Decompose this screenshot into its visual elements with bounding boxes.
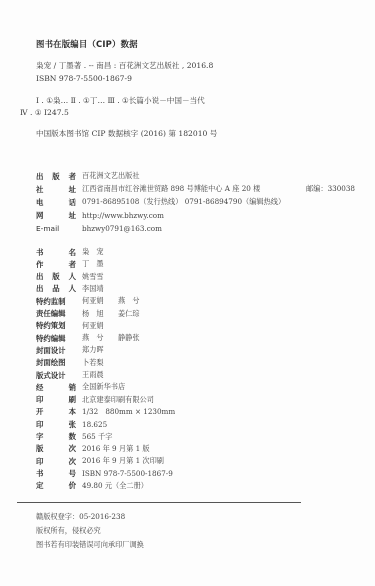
book-info-label: 特约策划 — [36, 320, 76, 331]
publisher-info-value: 江西省南昌市红谷滩世贸路 898 号博能中心 A 座 20 楼 — [82, 184, 260, 194]
book-info-value: 丁 墨 — [82, 259, 104, 269]
book-info-row: 作者丁 墨 — [36, 258, 104, 270]
book-info-label: 字数 — [36, 431, 76, 442]
book-info-label: 责任编辑 — [36, 308, 76, 319]
book-info-value: ISBN 978-7-5500-1867-9 — [82, 469, 173, 478]
label-char: 话 — [69, 197, 76, 208]
label-char: 本 — [69, 406, 76, 417]
label-char: 号 — [69, 468, 76, 479]
cip-copyright-page: 图书在版编目（CIP）数据 枭宠 / 丁墨著 . -- 南昌 : 百花洲文艺出版… — [0, 0, 375, 586]
book-info-label: 作者 — [36, 259, 76, 270]
book-info-row: 书名枭 宠 — [36, 246, 104, 258]
label-char: 特约监制 — [36, 296, 66, 307]
publisher-info-row: E-mailbhzwy0791@163.com — [36, 222, 162, 234]
book-info-row: 经销全国新华书店 — [36, 381, 125, 393]
book-info-label: 经销 — [36, 382, 76, 393]
label-char: 价 — [69, 480, 76, 491]
label-char: 版 — [36, 443, 43, 454]
book-info-row: 印张18.625 — [36, 418, 107, 430]
cip-title: 图书在版编目（CIP）数据 — [36, 38, 138, 50]
label-char: 网 — [36, 210, 43, 221]
book-info-value: 王雨晨 — [82, 370, 104, 380]
book-info-label: 版式设计 — [36, 370, 76, 381]
publisher-info-row: 社址江西省南昌市红谷滩世贸路 898 号博能中心 A 座 20 楼邮编：3300… — [36, 183, 260, 195]
book-info-value: 2016 年 9 月第 1 版 — [82, 444, 150, 454]
book-info-row: 封面设计郑力晖 — [36, 344, 104, 356]
label-char: 封面绘图 — [36, 357, 66, 368]
copyright-registration: 赣版权登字：05-2016-238 — [36, 512, 125, 522]
book-info-row: 印刷北京建泰印刷有限公司 — [36, 394, 154, 406]
book-info-row: 书号ISBN 978-7-5500-1867-9 — [36, 467, 173, 479]
label-char: 址 — [69, 184, 76, 195]
book-info-value: 李国靖 — [82, 284, 104, 294]
book-info-row: 责任编辑杨 旭 姜仁琮 — [36, 308, 140, 320]
book-info-label: 书号 — [36, 468, 76, 479]
label-char: 出 — [36, 171, 43, 182]
label-char: 版 — [52, 171, 59, 182]
label-char: 印 — [36, 394, 43, 405]
label-char: 书 — [36, 247, 43, 258]
label-char: 者 — [69, 171, 76, 182]
cip-verification-number: 中国版本图书馆 CIP 数据核字 (2016) 第 182010 号 — [36, 129, 217, 139]
label-char: 版 — [52, 271, 59, 282]
cip-classification-code: Ⅳ . ① I247.5 — [20, 108, 69, 118]
book-info-row: 封面绘图卜若梨 — [36, 357, 104, 369]
book-info-row: 印次2016 年 9 月第 1 次印刷 — [36, 455, 164, 467]
label-char: 印 — [36, 456, 43, 467]
book-info-value: 49.80 元（全二册） — [82, 481, 148, 491]
label-char: 数 — [69, 431, 76, 442]
publisher-info-label: 出版者 — [36, 171, 76, 182]
publisher-info-value: 百花洲文艺出版社 — [82, 171, 140, 181]
book-info-value: 郑力晖 — [82, 345, 104, 355]
label-char: 定 — [36, 480, 43, 491]
book-info-label: 封面设计 — [36, 345, 76, 356]
book-info-value: 卜若梨 — [82, 358, 104, 368]
cip-citation: 枭宠 / 丁墨著 . -- 南昌 : 百花洲文艺出版社 , 2016.8 — [36, 61, 213, 71]
book-info-label: 特约监制 — [36, 296, 76, 307]
label-char: 者 — [69, 259, 76, 270]
label-char: 特约策划 — [36, 320, 66, 331]
label-char: 址 — [69, 210, 76, 221]
book-info-value: 杨 旭 姜仁琮 — [82, 309, 140, 319]
label-char: 封面设计 — [36, 345, 66, 356]
publisher-info-row: 网址http://www.bhzwy.com — [36, 209, 164, 221]
book-info-label: 封面绘图 — [36, 357, 76, 368]
label-char: 张 — [69, 419, 76, 430]
book-info-row: 特约策划何亚娟 — [36, 320, 104, 332]
publisher-info-label: 电话 — [36, 197, 76, 208]
label-char: E-mail — [36, 224, 59, 233]
book-info-row: 版次2016 年 9 月第 1 版 — [36, 443, 150, 455]
publisher-info-label: 网址 — [36, 210, 76, 221]
label-char: 次 — [69, 456, 76, 467]
book-info-value: 北京建泰印刷有限公司 — [82, 395, 154, 405]
book-info-label: 版次 — [36, 443, 76, 454]
book-info-value: 565 千字 — [82, 432, 112, 442]
label-char: 人 — [69, 271, 76, 282]
publisher-info-label: E-mail — [36, 224, 76, 233]
section-divider — [17, 502, 301, 503]
book-info-value: 何亚娟 — [82, 321, 104, 331]
book-info-row: 版式设计王雨晨 — [36, 369, 104, 381]
book-info-value: 枭 宠 — [82, 247, 104, 257]
postal-code: 邮编：330038 — [306, 184, 355, 194]
publisher-info-value: 0791-86895108（发行热线） 0791-86894790（编辑热线） — [82, 197, 285, 207]
label-char: 作 — [36, 259, 43, 270]
book-info-row: 定价49.80 元（全二册） — [36, 480, 148, 492]
publisher-info-row: 电话0791-86895108（发行热线） 0791-86894790（编辑热线… — [36, 196, 285, 208]
label-char: 责任编辑 — [36, 308, 66, 319]
book-info-row: 出版人姚雪雪 — [36, 271, 104, 283]
book-info-label: 出版人 — [36, 271, 76, 282]
label-char: 经 — [36, 382, 43, 393]
book-info-row: 出品人李国靖 — [36, 283, 104, 295]
book-info-label: 印张 — [36, 419, 76, 430]
label-char: 人 — [69, 283, 76, 294]
label-char: 字 — [36, 431, 43, 442]
cip-isbn: ISBN 978-7-5500-1867-9 — [36, 74, 132, 84]
book-info-row: 特约编辑燕 兮 静静张 — [36, 332, 140, 344]
book-info-value: 2016 年 9 月第 1 次印刷 — [82, 456, 164, 466]
book-info-value: 全国新华书店 — [82, 382, 125, 392]
publisher-info-value: http://www.bhzwy.com — [82, 211, 164, 220]
rights-reserved-notice: 版权所有，侵权必究 — [36, 526, 101, 536]
defect-exchange-notice: 图书若有印装错误可向承印厂调换 — [36, 540, 144, 550]
label-char: 版式设计 — [36, 370, 66, 381]
book-info-value: 18.625 — [82, 420, 107, 429]
book-info-row: 字数565 千字 — [36, 431, 112, 443]
book-info-row: 特约监制何亚娟 燕 兮 — [36, 295, 140, 307]
book-info-label: 定价 — [36, 480, 76, 491]
label-char: 特约编辑 — [36, 333, 66, 344]
label-char: 开 — [36, 406, 43, 417]
book-info-value: 燕 兮 静静张 — [82, 333, 140, 343]
label-char: 销 — [69, 382, 76, 393]
label-char: 名 — [69, 247, 76, 258]
publisher-info-label: 社址 — [36, 184, 76, 195]
publisher-info-value: bhzwy0791@163.com — [82, 224, 162, 233]
book-info-value: 1/32 880mm × 1230mm — [82, 407, 175, 417]
book-info-row: 开本1/32 880mm × 1230mm — [36, 406, 175, 418]
book-info-value: 姚雪雪 — [82, 272, 104, 282]
cip-classification: Ⅰ . ①枭… Ⅱ . ①丁… Ⅲ . ①长篇小说－中国－当代 — [36, 96, 205, 106]
label-char: 出 — [36, 271, 43, 282]
book-info-label: 印次 — [36, 456, 76, 467]
book-info-value: 何亚娟 燕 兮 — [82, 296, 140, 306]
label-char: 印 — [36, 419, 43, 430]
label-char: 社 — [36, 184, 43, 195]
publisher-info-row: 出版者百花洲文艺出版社 — [36, 170, 140, 182]
book-info-label: 开本 — [36, 406, 76, 417]
book-info-label: 特约编辑 — [36, 333, 76, 344]
label-char: 品 — [52, 283, 59, 294]
book-info-label: 出品人 — [36, 283, 76, 294]
book-info-label: 书名 — [36, 247, 76, 258]
label-char: 刷 — [69, 394, 76, 405]
label-char: 次 — [69, 443, 76, 454]
book-info-label: 印刷 — [36, 394, 76, 405]
label-char: 书 — [36, 468, 43, 479]
label-char: 出 — [36, 283, 43, 294]
label-char: 电 — [36, 197, 43, 208]
